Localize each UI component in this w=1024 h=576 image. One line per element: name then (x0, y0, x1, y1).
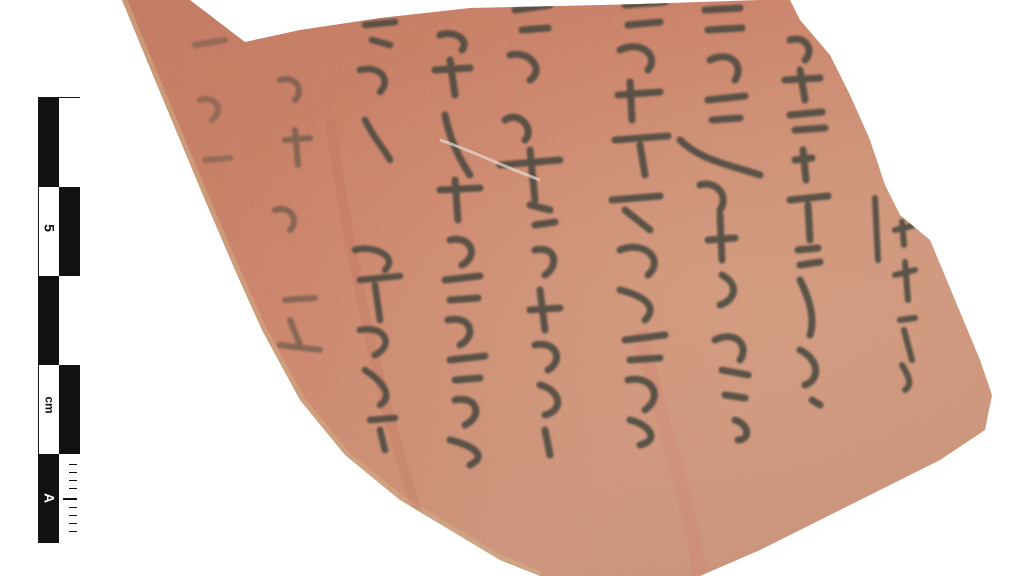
scale-segment (59, 98, 80, 187)
scale-bar: 5 cm A (38, 97, 80, 543)
scale-label-unit: cm (43, 395, 57, 416)
scale-segment (59, 187, 80, 276)
scale-label-marker: A (42, 488, 58, 509)
ostracon-sherd (0, 0, 1024, 576)
scale-segment (59, 365, 80, 454)
scale-segment (39, 98, 60, 187)
scale-segment (59, 276, 80, 365)
scale-label-five: 5 (42, 218, 58, 239)
scale-segment (39, 276, 60, 365)
